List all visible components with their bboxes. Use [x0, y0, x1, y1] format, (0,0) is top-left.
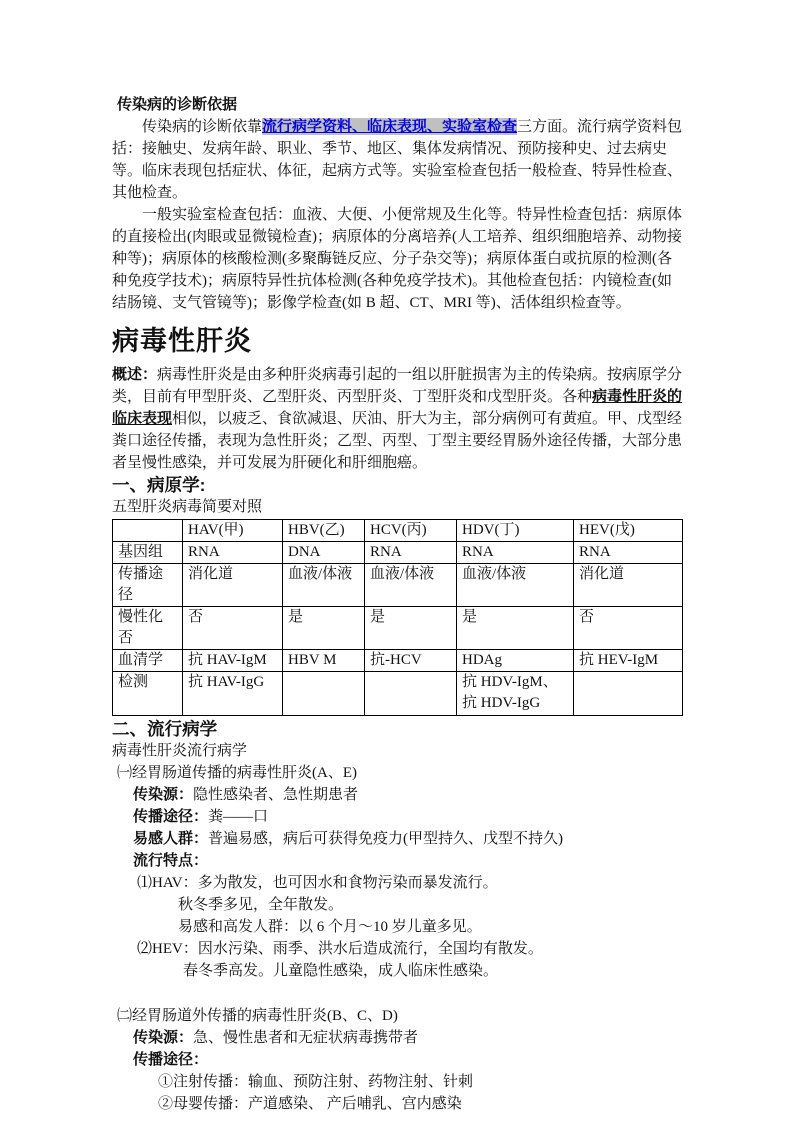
- section1-heading: 传染病的诊断依据: [112, 94, 684, 116]
- source-text: 急、慢性患者和无症状病毒携带者: [193, 1030, 418, 1046]
- table-cell: 抗 HDV-IgM、抗 HDV-IgG: [457, 672, 574, 716]
- table-row-detection: 检测 抗 HAV-IgG 抗 HDV-IgM、抗 HDV-IgG: [113, 672, 683, 716]
- table-cell: RNA: [365, 542, 457, 564]
- table-cell: 是: [457, 607, 574, 650]
- route-label: 传播途径：: [133, 1051, 208, 1068]
- hav-feature-line-3: 易感和高发人群：以 6 个月～10 岁儿童多见。: [112, 916, 684, 938]
- virus-col-header: HBV(乙): [283, 520, 365, 542]
- table-cell: RNA: [183, 542, 283, 564]
- epidemiology-hyperlink[interactable]: 流行病学资料、临床表现、实验室检查: [262, 118, 517, 135]
- overview-post-text: 相似，以疲乏、食欲减退、厌油、肝大为主，部分病例可有黄疸。甲、戊型经粪口途径传播…: [112, 411, 682, 471]
- table-row-transmission: 传播途径 消化道 血液/体液 血液/体液 血液/体液 消化道: [113, 564, 683, 607]
- paragraph1-pre-text: 传染病的诊断依靠: [142, 119, 262, 135]
- source-label: 传染源：: [133, 1029, 193, 1046]
- epidemiology-intro: 病毒性肝炎流行病学: [112, 740, 684, 762]
- table-row-serology: 血清学 抗 HAV-IgM HBV M 抗-HCV HDAg 抗 HEV-IgM: [113, 650, 683, 672]
- table-header-row: HAV(甲) HBV(乙) HCV(丙) HDV(丁) HEV(戊): [113, 520, 683, 542]
- table-cell: 是: [365, 607, 457, 650]
- hepatitis-comparison-table: HAV(甲) HBV(乙) HCV(丙) HDV(丁) HEV(戊) 基因组 R…: [112, 519, 683, 716]
- overview-paragraph: 概述：病毒性肝炎是由多种肝炎病毒引起的一组以肝脏损害为主的传染病。按病原学分类，…: [112, 364, 684, 474]
- table-corner-cell: [113, 520, 183, 542]
- virus-col-header: HDV(丁): [457, 520, 574, 542]
- table-cell: 抗 HAV-IgG: [183, 672, 283, 716]
- pathogen-heading: 一、病原学:: [112, 474, 684, 496]
- virus-col-header: HAV(甲): [183, 520, 283, 542]
- susceptible-text: 普遍易感，病后可获得免疫力(甲型持久、戊型不持久): [208, 831, 563, 847]
- table-cell: 消化道: [574, 564, 683, 607]
- row-label-cell: 检测: [113, 672, 183, 716]
- groupB-route-line: 传播途径：: [112, 1049, 684, 1071]
- groupB-heading: ㈡经胃肠道外传播的病毒性肝炎(B、C、D): [112, 1005, 684, 1027]
- table-cell: 抗-HCV: [365, 650, 457, 672]
- table-cell: [283, 672, 365, 716]
- table-row-chronicity: 慢性化否 否 是 是 是 否: [113, 607, 683, 650]
- table-cell: 是: [283, 607, 365, 650]
- table-cell: 抗 HAV-IgM: [183, 650, 283, 672]
- table-cell: HDAg: [457, 650, 574, 672]
- groupA-route-line: 传播途径：粪——口: [112, 806, 684, 828]
- table-cell: 血液/体液: [283, 564, 365, 607]
- hav-feature-line-1: ⑴HAV：多为散发，也可因水和食物污染而暴发流行。: [112, 872, 684, 894]
- groupA-heading: ㈠经胃肠道传播的病毒性肝炎(A、E): [112, 762, 684, 784]
- groupA-feature-line: 流行特点：: [112, 850, 684, 872]
- source-label: 传染源：: [133, 786, 193, 803]
- table-cell: 否: [574, 607, 683, 650]
- table-cell: 血液/体液: [365, 564, 457, 607]
- virus-col-header: HEV(戊): [574, 520, 683, 542]
- table-cell: [365, 672, 457, 716]
- route-item-injection: ①注射传播：输血、预防注射、药物注射、针刺: [112, 1071, 684, 1093]
- row-label-cell: 基因组: [113, 542, 183, 564]
- route-item-mother-infant: ②母婴传播：产道感染、 产后哺乳、宫内感染: [112, 1093, 684, 1115]
- table-cell: HBV M: [283, 650, 365, 672]
- table-caption: 五型肝炎病毒简要对照: [112, 496, 684, 518]
- table-cell: 否: [183, 607, 283, 650]
- document-page: 传染病的诊断依据 传染病的诊断依靠流行病学资料、临床表现、实验室检查三方面。流行…: [0, 0, 793, 1122]
- source-text: 隐性感染者、急性期患者: [193, 787, 358, 803]
- susceptible-label: 易感人群：: [133, 830, 208, 847]
- groupA-source-line: 传染源：隐性感染者、急性期患者: [112, 784, 684, 806]
- viral-hepatitis-title: 病毒性肝炎: [112, 325, 684, 358]
- groupA-susceptible-line: 易感人群：普遍易感，病后可获得免疫力(甲型持久、戊型不持久): [112, 828, 684, 850]
- feature-label: 流行特点：: [133, 852, 208, 869]
- table-row-genome: 基因组 RNA DNA RNA RNA RNA: [113, 542, 683, 564]
- row-label-cell: 慢性化否: [113, 607, 183, 650]
- groupB-source-line: 传染源：急、慢性患者和无症状病毒携带者: [112, 1027, 684, 1049]
- row-label-cell: 传播途径: [113, 564, 183, 607]
- table-cell: 抗 HEV-IgM: [574, 650, 683, 672]
- hev-feature-line-1: ⑵HEV：因水污染、雨季、洪水后造成流行，全国均有散发。: [112, 938, 684, 960]
- table-cell: [574, 672, 683, 716]
- table-cell: RNA: [574, 542, 683, 564]
- document-content: 传染病的诊断依据 传染病的诊断依靠流行病学资料、临床表现、实验室检查三方面。流行…: [112, 94, 684, 1115]
- virus-col-header: HCV(丙): [365, 520, 457, 542]
- row-label-cell: 血清学: [113, 650, 183, 672]
- route-text: 粪——口: [208, 809, 268, 825]
- section1-paragraph-2: 一般实验室检查包括：血液、大便、小便常规及生化等。特异性检查包括：病原体的直接检…: [112, 204, 684, 314]
- overview-label: 概述：: [112, 366, 157, 383]
- hav-feature-line-2: 秋冬季多见，全年散发。: [112, 894, 684, 916]
- route-label: 传播途径：: [133, 808, 208, 825]
- table-cell: 消化道: [183, 564, 283, 607]
- table-cell: 血液/体液: [457, 564, 574, 607]
- table-cell: RNA: [457, 542, 574, 564]
- hev-feature-line-2: 春冬季高发。儿童隐性感染，成人临床性感染。: [112, 960, 684, 982]
- table-cell: DNA: [283, 542, 365, 564]
- epidemiology-heading: 二、流行病学: [112, 718, 684, 740]
- section1-paragraph-1: 传染病的诊断依靠流行病学资料、临床表现、实验室检查三方面。流行病学资料包括：接触…: [112, 116, 684, 204]
